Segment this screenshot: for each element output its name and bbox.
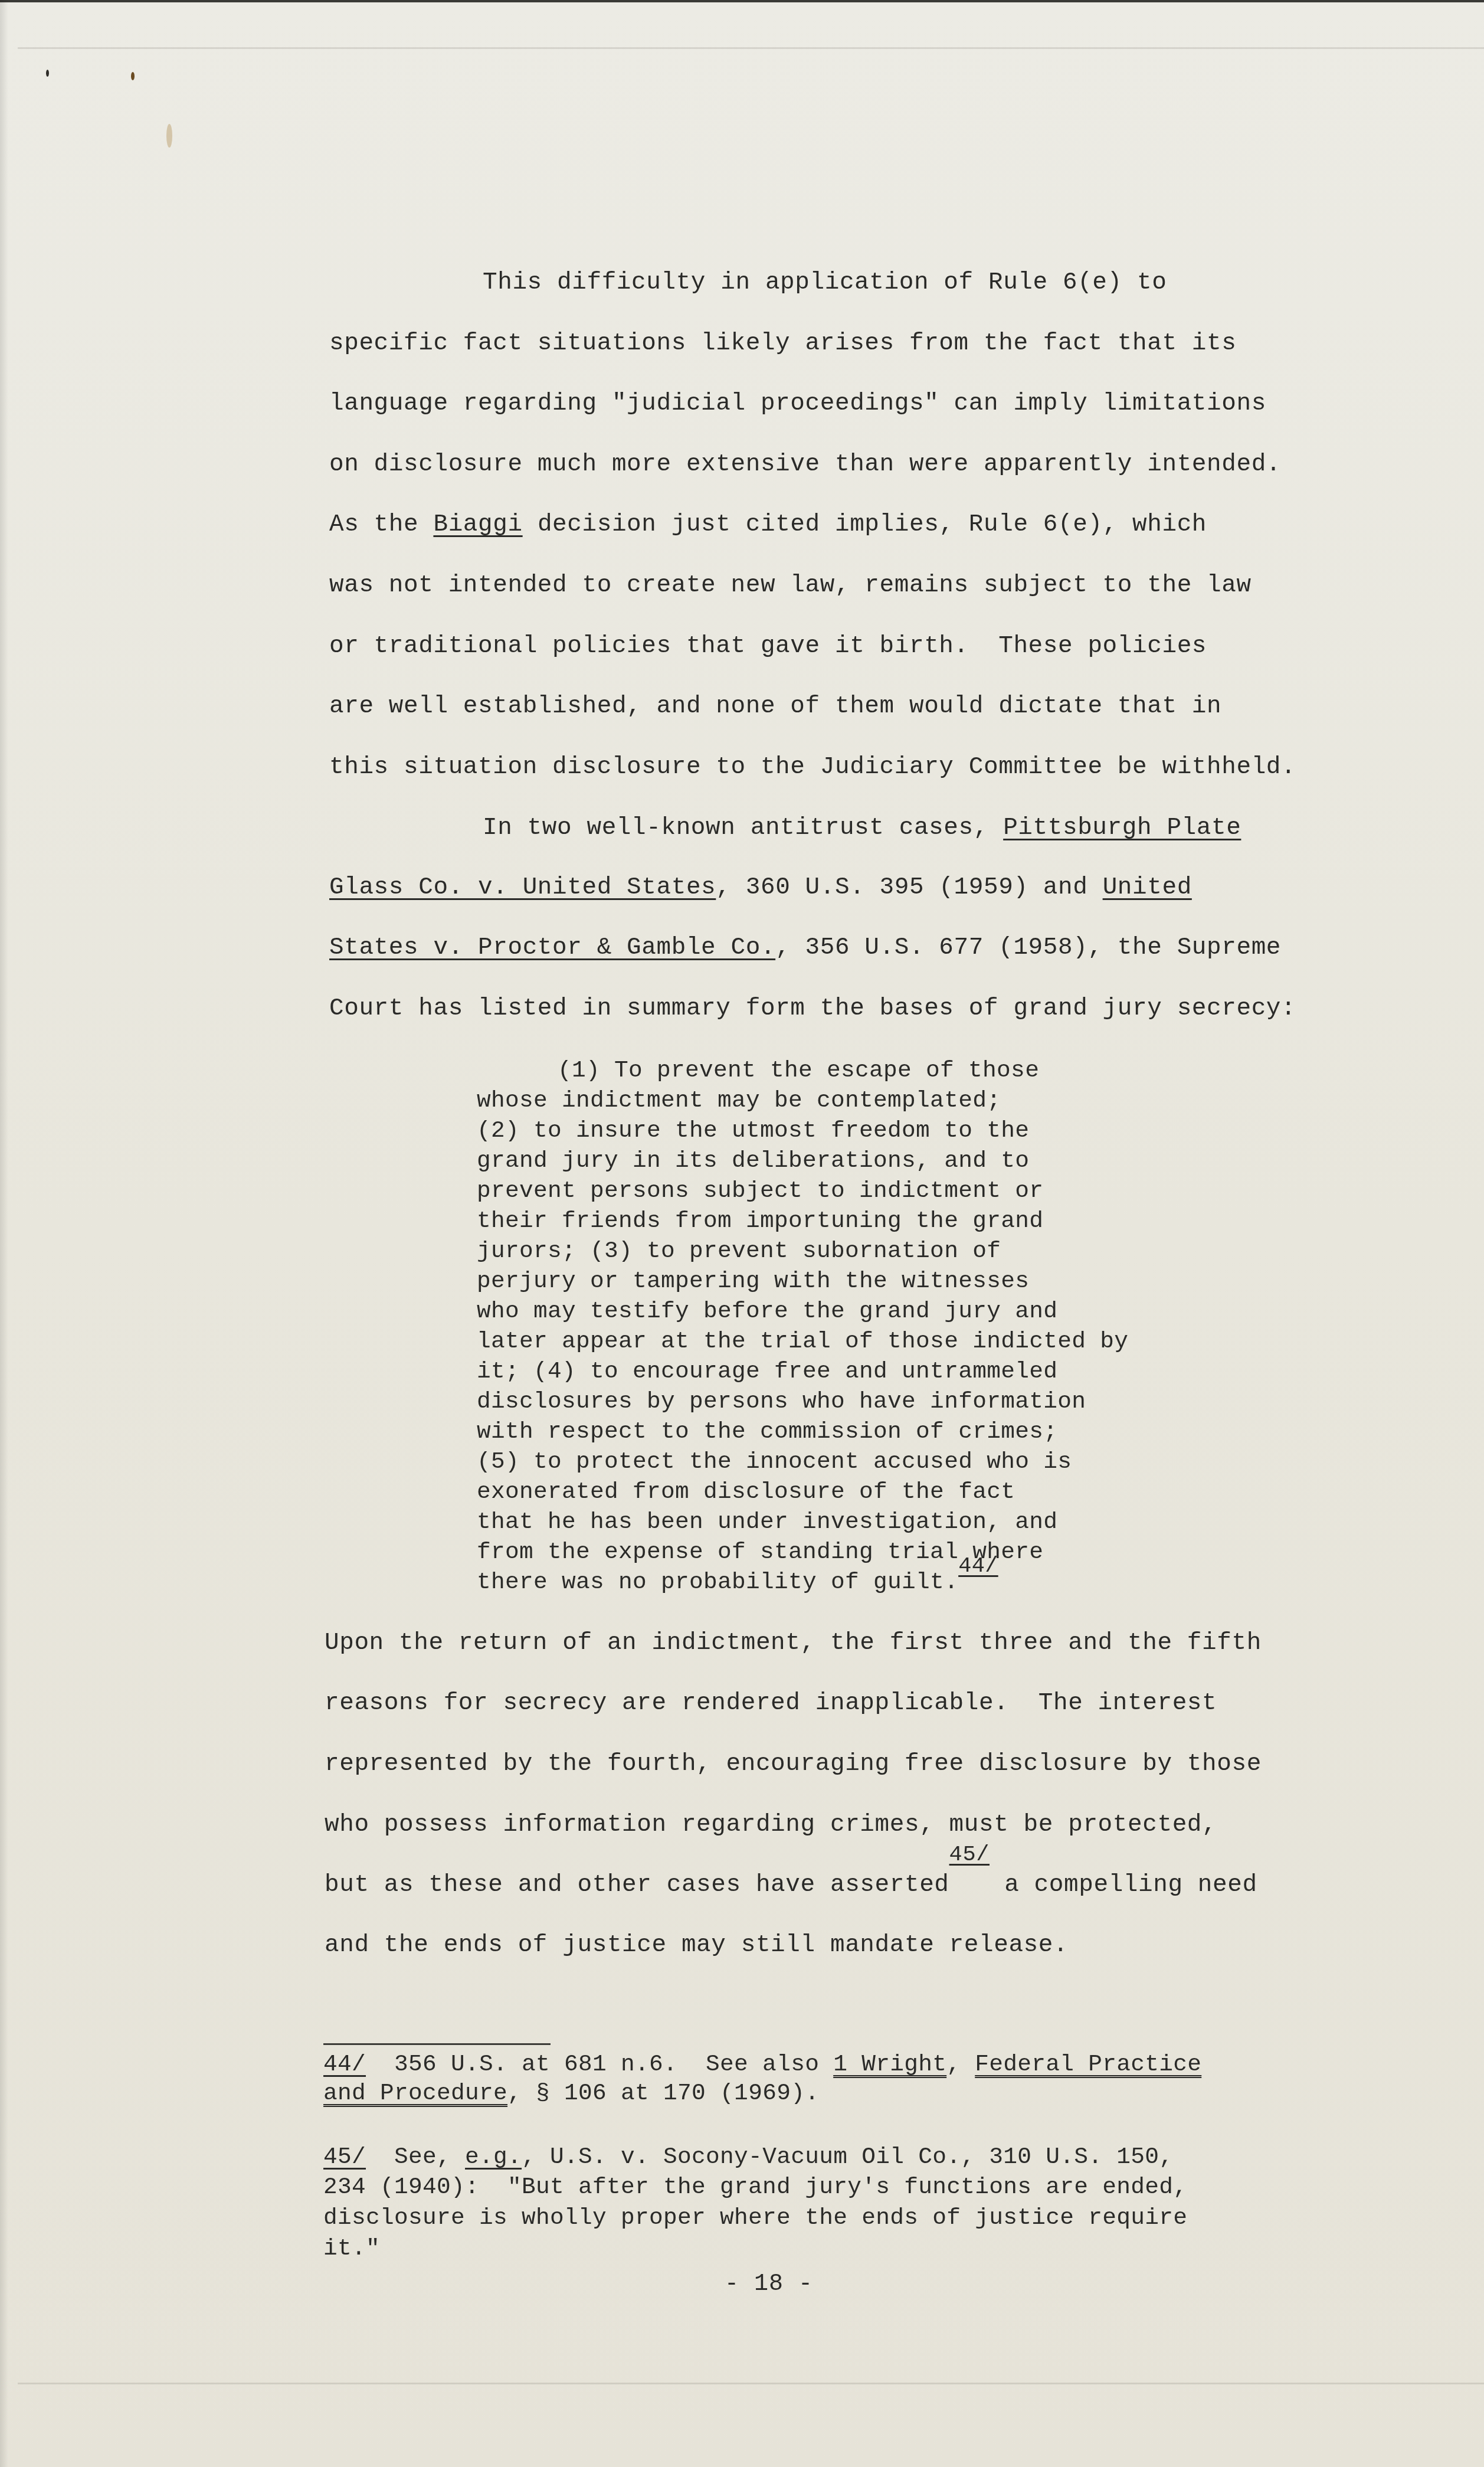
case-name-united: United xyxy=(1103,874,1192,901)
footnote-ref-45[interactable]: 45/ xyxy=(949,1843,990,1867)
case-name-biaggi: Biaggi xyxy=(433,511,522,538)
quote-line: prevent persons subject to indictment or xyxy=(477,1179,1043,1203)
text-segment: , 356 U.S. 677 (1958), the Supreme xyxy=(775,934,1281,961)
paper-speck xyxy=(46,70,49,77)
text-segment: , 360 U.S. 395 (1959) and xyxy=(716,874,1102,901)
quote-line: disclosures by persons who have informat… xyxy=(477,1390,1086,1414)
footnote-44-line-1: 44/ 356 U.S. at 681 n.6. See also 1 Wrig… xyxy=(323,2053,1201,2076)
paragraph-1-line-4: on disclosure much more extensive than w… xyxy=(329,453,1281,477)
quote-line: jurors; (3) to prevent subornation of xyxy=(477,1239,1001,1263)
page-number: - 18 - xyxy=(725,2271,813,2298)
text-segment: , xyxy=(946,2051,975,2077)
text-segment: As the xyxy=(329,511,433,538)
text-segment: See, xyxy=(366,2144,465,2170)
case-name-pittsburgh-cont: Glass Co. v. United States xyxy=(329,874,716,901)
paragraph-1-line-5: As the Biaggi decision just cited implie… xyxy=(329,513,1207,537)
text-segment: , § 106 at 170 (1969). xyxy=(507,2080,819,2106)
paragraph-1-line-3: language regarding "judicial proceedings… xyxy=(329,392,1266,416)
closing-line-5: but as these and other cases have assert… xyxy=(325,1873,1257,1897)
closing-line-1: Upon the return of an indictment, the fi… xyxy=(325,1631,1262,1655)
quote-line: later appear at the trial of those indic… xyxy=(477,1330,1128,1353)
closing-line-3: represented by the fourth, encouraging f… xyxy=(325,1752,1262,1776)
paragraph-2-line-3: States v. Proctor & Gamble Co., 356 U.S.… xyxy=(329,936,1281,960)
text-segment: decision just cited implies, Rule 6(e), … xyxy=(523,511,1207,538)
footnote-45-line-3: disclosure is wholly proper where the en… xyxy=(323,2206,1187,2230)
footnote-ref-44[interactable]: 44/ xyxy=(958,1554,998,1579)
quote-line: that he has been under investigation, an… xyxy=(477,1510,1057,1534)
paragraph-2-line-4: Court has listed in summary form the bas… xyxy=(329,997,1296,1021)
paragraph-1-line-2: specific fact situations likely arises f… xyxy=(329,332,1236,356)
quote-line: (2) to insure the utmost freedom to the xyxy=(477,1119,1029,1143)
quote-line: (1) To prevent the escape of those xyxy=(558,1059,1039,1082)
closing-line-2: reasons for secrecy are rendered inappli… xyxy=(325,1691,1217,1716)
text-segment: In two well-known antitrust cases, xyxy=(483,814,1003,842)
closing-line-4: who possess information regarding crimes… xyxy=(325,1813,1217,1837)
case-name-pittsburgh: Pittsburgh Plate xyxy=(1003,814,1241,842)
citation-eg: e.g. xyxy=(465,2144,522,2170)
paragraph-2-line-1: In two well-known antitrust cases, Pitts… xyxy=(483,816,1241,840)
footnote-marker-44: 44/ xyxy=(323,2051,366,2077)
paper-stain xyxy=(166,124,172,148)
quote-line: there was no probability of guilt.44/ xyxy=(477,1570,998,1594)
footnote-45-line-1: 45/ See, e.g., U.S. v. Socony-Vacuum Oil… xyxy=(323,2145,1173,2169)
text-segment: but as these and other cases have assert… xyxy=(325,1871,949,1899)
quote-line: with respect to the commission of crimes… xyxy=(477,1420,1057,1444)
paper-fold-line xyxy=(18,2383,1484,2384)
case-name-proctor-gamble: States v. Proctor & Gamble Co. xyxy=(329,934,775,961)
text-segment: 356 U.S. at 681 n.6. See also xyxy=(366,2051,833,2077)
quote-line: (5) to protect the innocent accused who … xyxy=(477,1450,1072,1474)
quote-line: who may testify before the grand jury an… xyxy=(477,1300,1057,1323)
quote-line: exonerated from disclosure of the fact xyxy=(477,1480,1015,1504)
quote-line: it; (4) to encourage free and untrammele… xyxy=(477,1360,1057,1383)
citation-procedure: and Procedure xyxy=(323,2080,507,2106)
footnote-45-line-4: it." xyxy=(323,2237,380,2260)
footnote-marker-45: 45/ xyxy=(323,2144,366,2170)
paragraph-1-line-1: This difficulty in application of Rule 6… xyxy=(483,271,1167,295)
text-segment: there was no probability of guilt. xyxy=(477,1569,958,1595)
quote-line: perjury or tampering with the witnesses xyxy=(477,1270,1029,1293)
quote-line: their friends from importuning the grand xyxy=(477,1209,1043,1233)
footnote-separator xyxy=(323,2043,551,2045)
paragraph-1-line-6: was not intended to create new law, rema… xyxy=(329,574,1252,598)
paper-fold-line xyxy=(18,47,1484,49)
closing-line-6: and the ends of justice may still mandat… xyxy=(325,1933,1068,1958)
quote-line: grand jury in its deliberations, and to xyxy=(477,1149,1029,1173)
paragraph-1-line-8: are well established, and none of them w… xyxy=(329,695,1221,719)
paragraph-1-line-9: this situation disclosure to the Judicia… xyxy=(329,755,1296,780)
footnote-45-line-2: 234 (1940): "But after the grand jury's … xyxy=(323,2175,1187,2199)
document-page: This difficulty in application of Rule 6… xyxy=(0,0,1484,2467)
paragraph-1-line-7: or traditional policies that gave it bir… xyxy=(329,634,1207,659)
paper-speck xyxy=(131,72,135,80)
footnote-44-line-2: and Procedure, § 106 at 170 (1969). xyxy=(323,2082,819,2105)
citation-federal-practice: Federal Practice xyxy=(975,2051,1201,2077)
text-segment: , U.S. v. Socony-Vacuum Oil Co., 310 U.S… xyxy=(522,2144,1173,2170)
paragraph-2-line-2: Glass Co. v. United States, 360 U.S. 395… xyxy=(329,876,1192,900)
text-segment: a compelling need xyxy=(990,1871,1257,1899)
quote-line: whose indictment may be contemplated; xyxy=(477,1089,1001,1113)
citation-wright: 1 Wright xyxy=(833,2051,946,2077)
